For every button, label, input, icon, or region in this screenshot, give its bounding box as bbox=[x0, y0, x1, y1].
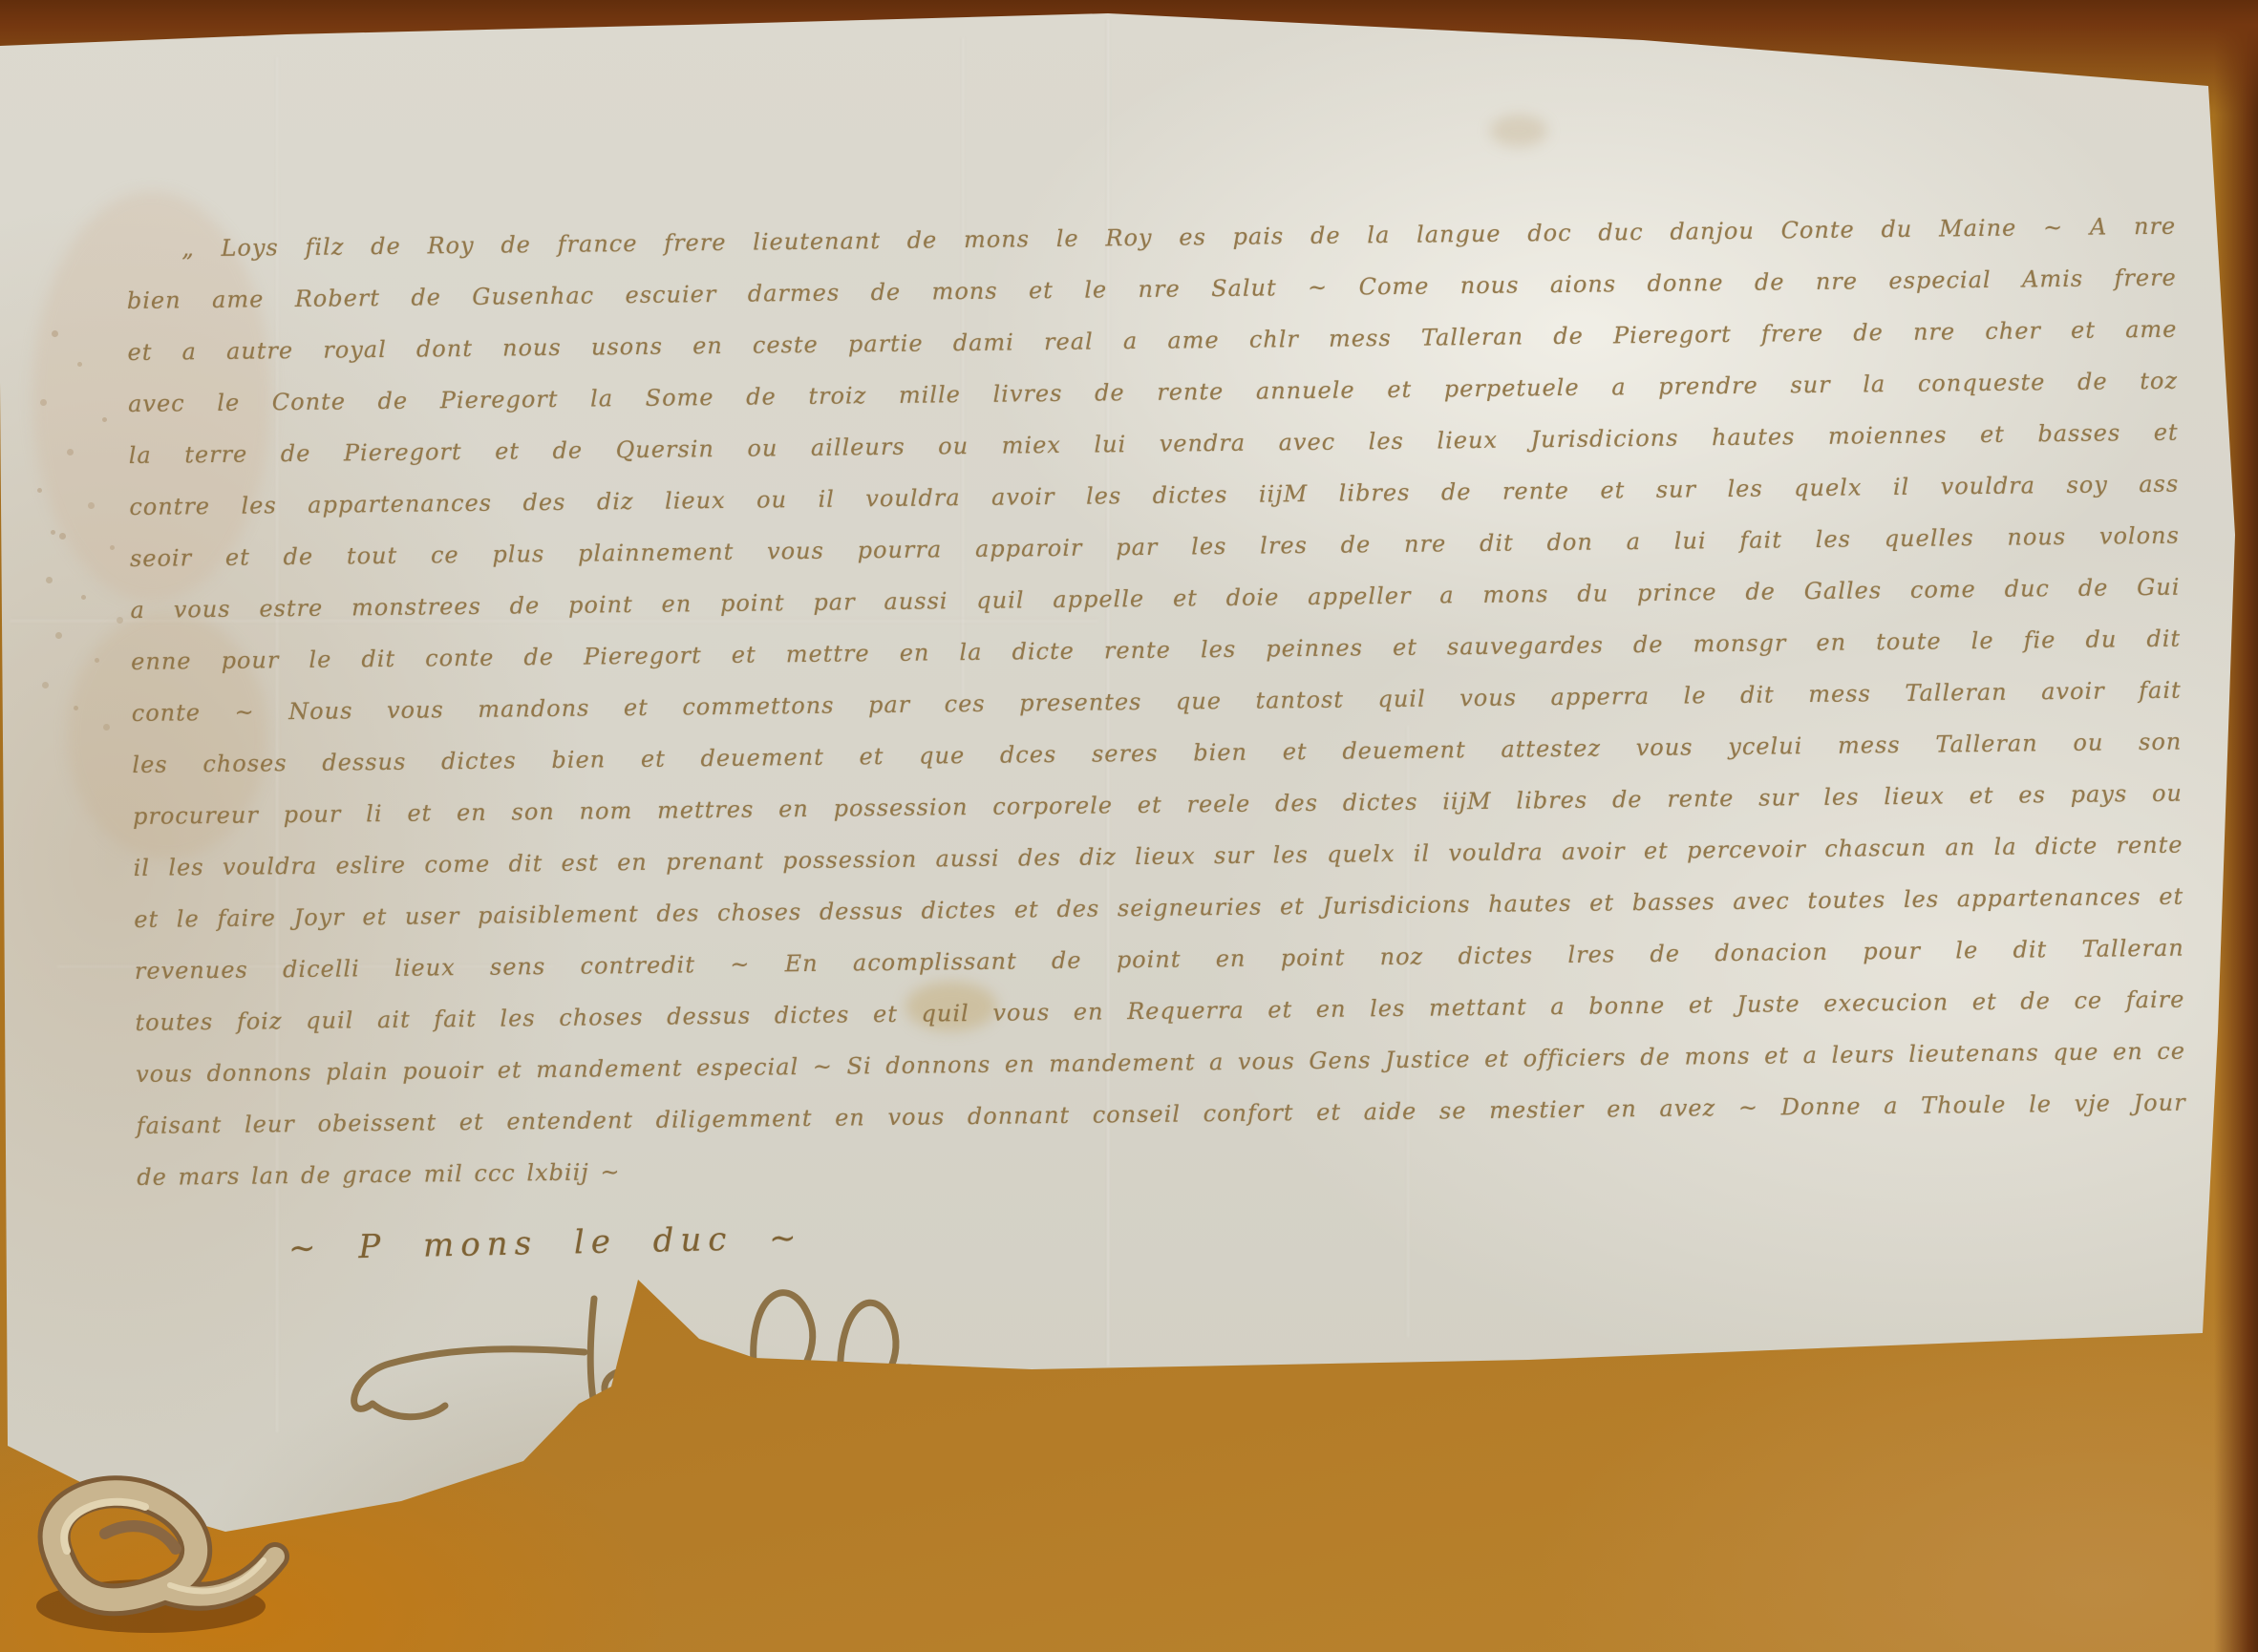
seal-tag bbox=[17, 1444, 313, 1649]
foxing-speckles bbox=[19, 0, 22, 3]
parchment-document: „ Loys filz de Roy de france frere lieut… bbox=[0, 0, 2258, 1652]
photo-background: „ Loys filz de Roy de france frere lieut… bbox=[0, 0, 2258, 1652]
signature-flourish bbox=[344, 1260, 955, 1604]
stain bbox=[1490, 115, 1547, 147]
charter-text: „ Loys filz de Roy de france frere lieut… bbox=[126, 201, 2187, 1203]
